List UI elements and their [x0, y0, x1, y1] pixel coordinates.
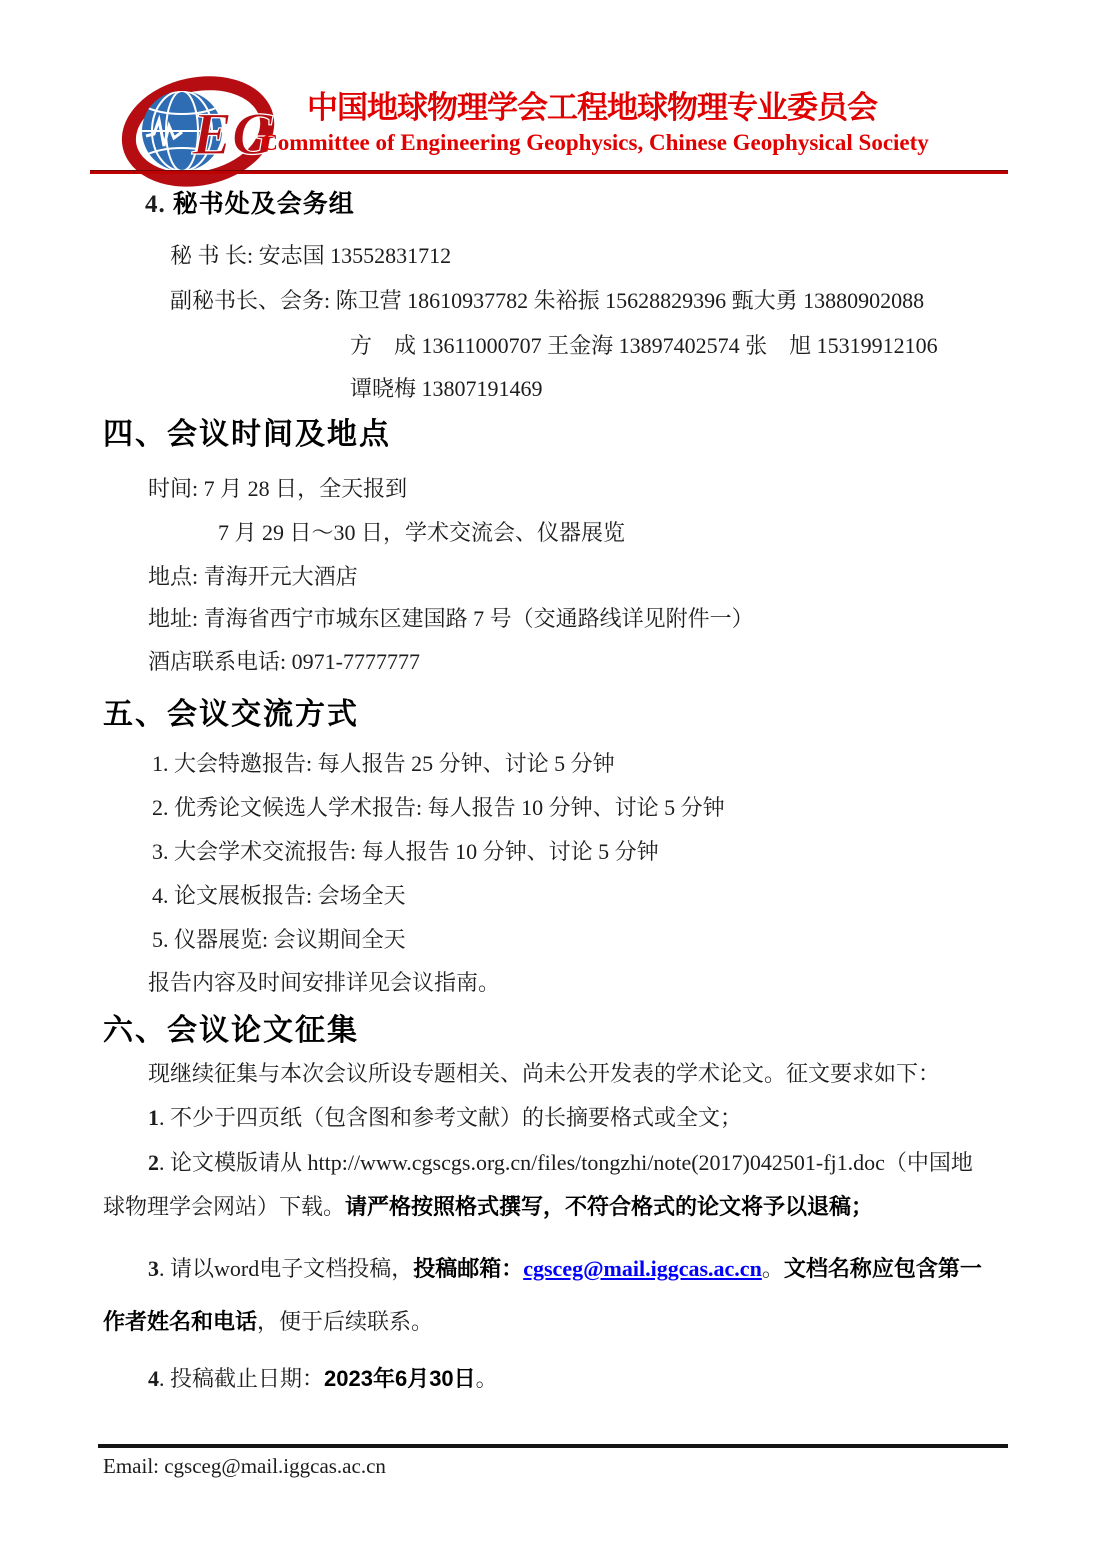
- hotel-phone-line: 酒店联系电话: 0971-7777777: [148, 647, 420, 677]
- paper-req-4-number: 4: [148, 1366, 159, 1391]
- exchange-item-1: 1. 大会特邀报告: 每人报告 25 分钟、讨论 5 分钟: [152, 749, 615, 779]
- paper-req-1-number: 1: [148, 1105, 159, 1130]
- paper-req-item-2: 2. 论文模版请从 http://www.cgscgs.org.cn/files…: [148, 1148, 973, 1178]
- secretary-line: 秘 书 长: 安志国 13552831712: [170, 241, 451, 271]
- submission-email-link[interactable]: cgsceg@mail.iggcas.ac.cn: [523, 1256, 762, 1281]
- paper-req-1-text: . 不少于四页纸（包含图和参考文献）的长摘要格式或全文；: [159, 1105, 742, 1130]
- header-divider-rule: [90, 170, 1008, 174]
- paper-req-2-cont-regular: 球物理学会网站）下载。: [103, 1194, 345, 1219]
- deputy-secretaries-line-1: 副秘书长、会务: 陈卫营 18610937782 朱裕振 15628829396…: [170, 286, 924, 316]
- deputy-secretaries-line-3: 谭晓梅 13807191469: [350, 374, 543, 404]
- paper-req-3-bold-note: 文档名称应包含第一: [784, 1256, 982, 1281]
- paper-req-3-cont-regular: ，便于后续联系。: [257, 1309, 433, 1334]
- submission-deadline-date: 2023年6月30日: [324, 1366, 476, 1391]
- paper-req-3-cont-bold: 作者姓名和电话: [103, 1309, 257, 1334]
- deputy-secretaries-line-2: 方 成 13611000707 王金海 13897402574 张 旭 1531…: [350, 331, 938, 361]
- paper-req-item-3: 3. 请以word电子文档投稿，投稿邮箱：cgsceg@mail.iggcas.…: [148, 1254, 982, 1284]
- paper-req-item-2-continuation: 球物理学会网站）下载。请严格按照格式撰写，不符合格式的论文将予以退稿；: [103, 1192, 873, 1222]
- paper-call-intro-line: 现继续征集与本次会议所设专题相关、尚未公开发表的学术论文。征文要求如下：: [148, 1059, 940, 1089]
- meeting-time-line-2: 7 月 29 日～30 日，学术交流会、仪器展览: [218, 518, 625, 548]
- paper-req-4-text: . 投稿截止日期：: [159, 1366, 324, 1391]
- meeting-venue-line: 地点: 青海开元大酒店: [148, 562, 358, 592]
- paper-req-2-cont-bold: 请严格按照格式撰写，不符合格式的论文将予以退稿；: [345, 1194, 873, 1219]
- paper-req-item-4: 4. 投稿截止日期：2023年6月30日。: [148, 1364, 498, 1394]
- footer-divider-rule: [98, 1444, 1008, 1448]
- org-title-english: Committee of Engineering Geophysics, Chi…: [250, 130, 940, 156]
- paper-req-4-end: 。: [476, 1366, 498, 1391]
- paper-req-2-number: 2: [148, 1150, 159, 1175]
- exchange-item-5: 5. 仪器展览: 会议期间全天: [152, 925, 406, 955]
- paper-req-item-1: 1. 不少于四页纸（包含图和参考文献）的长摘要格式或全文；: [148, 1103, 742, 1133]
- exchange-item-3: 3. 大会学术交流报告: 每人报告 10 分钟、讨论 5 分钟: [152, 837, 659, 867]
- org-title-chinese: 中国地球物理学会工程地球物理专业委员会: [292, 82, 892, 127]
- document-page: EG 中国地球物理学会工程地球物理专业委员会 Committee of Engi…: [0, 0, 1102, 1559]
- secretariat-heading-text: 秘书处及会务组: [173, 190, 355, 218]
- paper-req-2-text: . 论文模版请从 http://www.cgscgs.org.cn/files/…: [159, 1150, 973, 1175]
- exchange-item-2: 2. 优秀论文候选人学术报告: 每人报告 10 分钟、讨论 5 分钟: [152, 793, 725, 823]
- paper-req-item-3-continuation: 作者姓名和电话，便于后续联系。: [103, 1307, 433, 1337]
- paper-req-3-separator: 。: [762, 1256, 784, 1281]
- paper-req-3-number: 3: [148, 1256, 159, 1281]
- meeting-time-line-1: 时间: 7 月 28 日，全天报到: [148, 474, 407, 504]
- secretariat-heading: 4.秘书处及会务组: [145, 188, 355, 221]
- section-heading-paper-call: 六、会议论文征集: [103, 1012, 359, 1050]
- secretariat-heading-number: 4.: [145, 191, 166, 218]
- exchange-item-4: 4. 论文展板报告: 会场全天: [152, 881, 406, 911]
- submission-email-label: 投稿邮箱：: [413, 1256, 523, 1281]
- exchange-note-line: 报告内容及时间安排详见会议指南。: [148, 968, 500, 998]
- section-heading-exchange-format: 五、会议交流方式: [103, 696, 359, 734]
- meeting-address-line: 地址: 青海省西宁市城东区建国路 7 号（交通路线详见附件一）: [148, 604, 754, 634]
- footer-email-line: Email: cgsceg@mail.iggcas.ac.cn: [103, 1452, 386, 1480]
- paper-req-3-text: . 请以word电子文档投稿，: [159, 1256, 413, 1281]
- section-heading-time-place: 四、会议时间及地点: [103, 416, 391, 454]
